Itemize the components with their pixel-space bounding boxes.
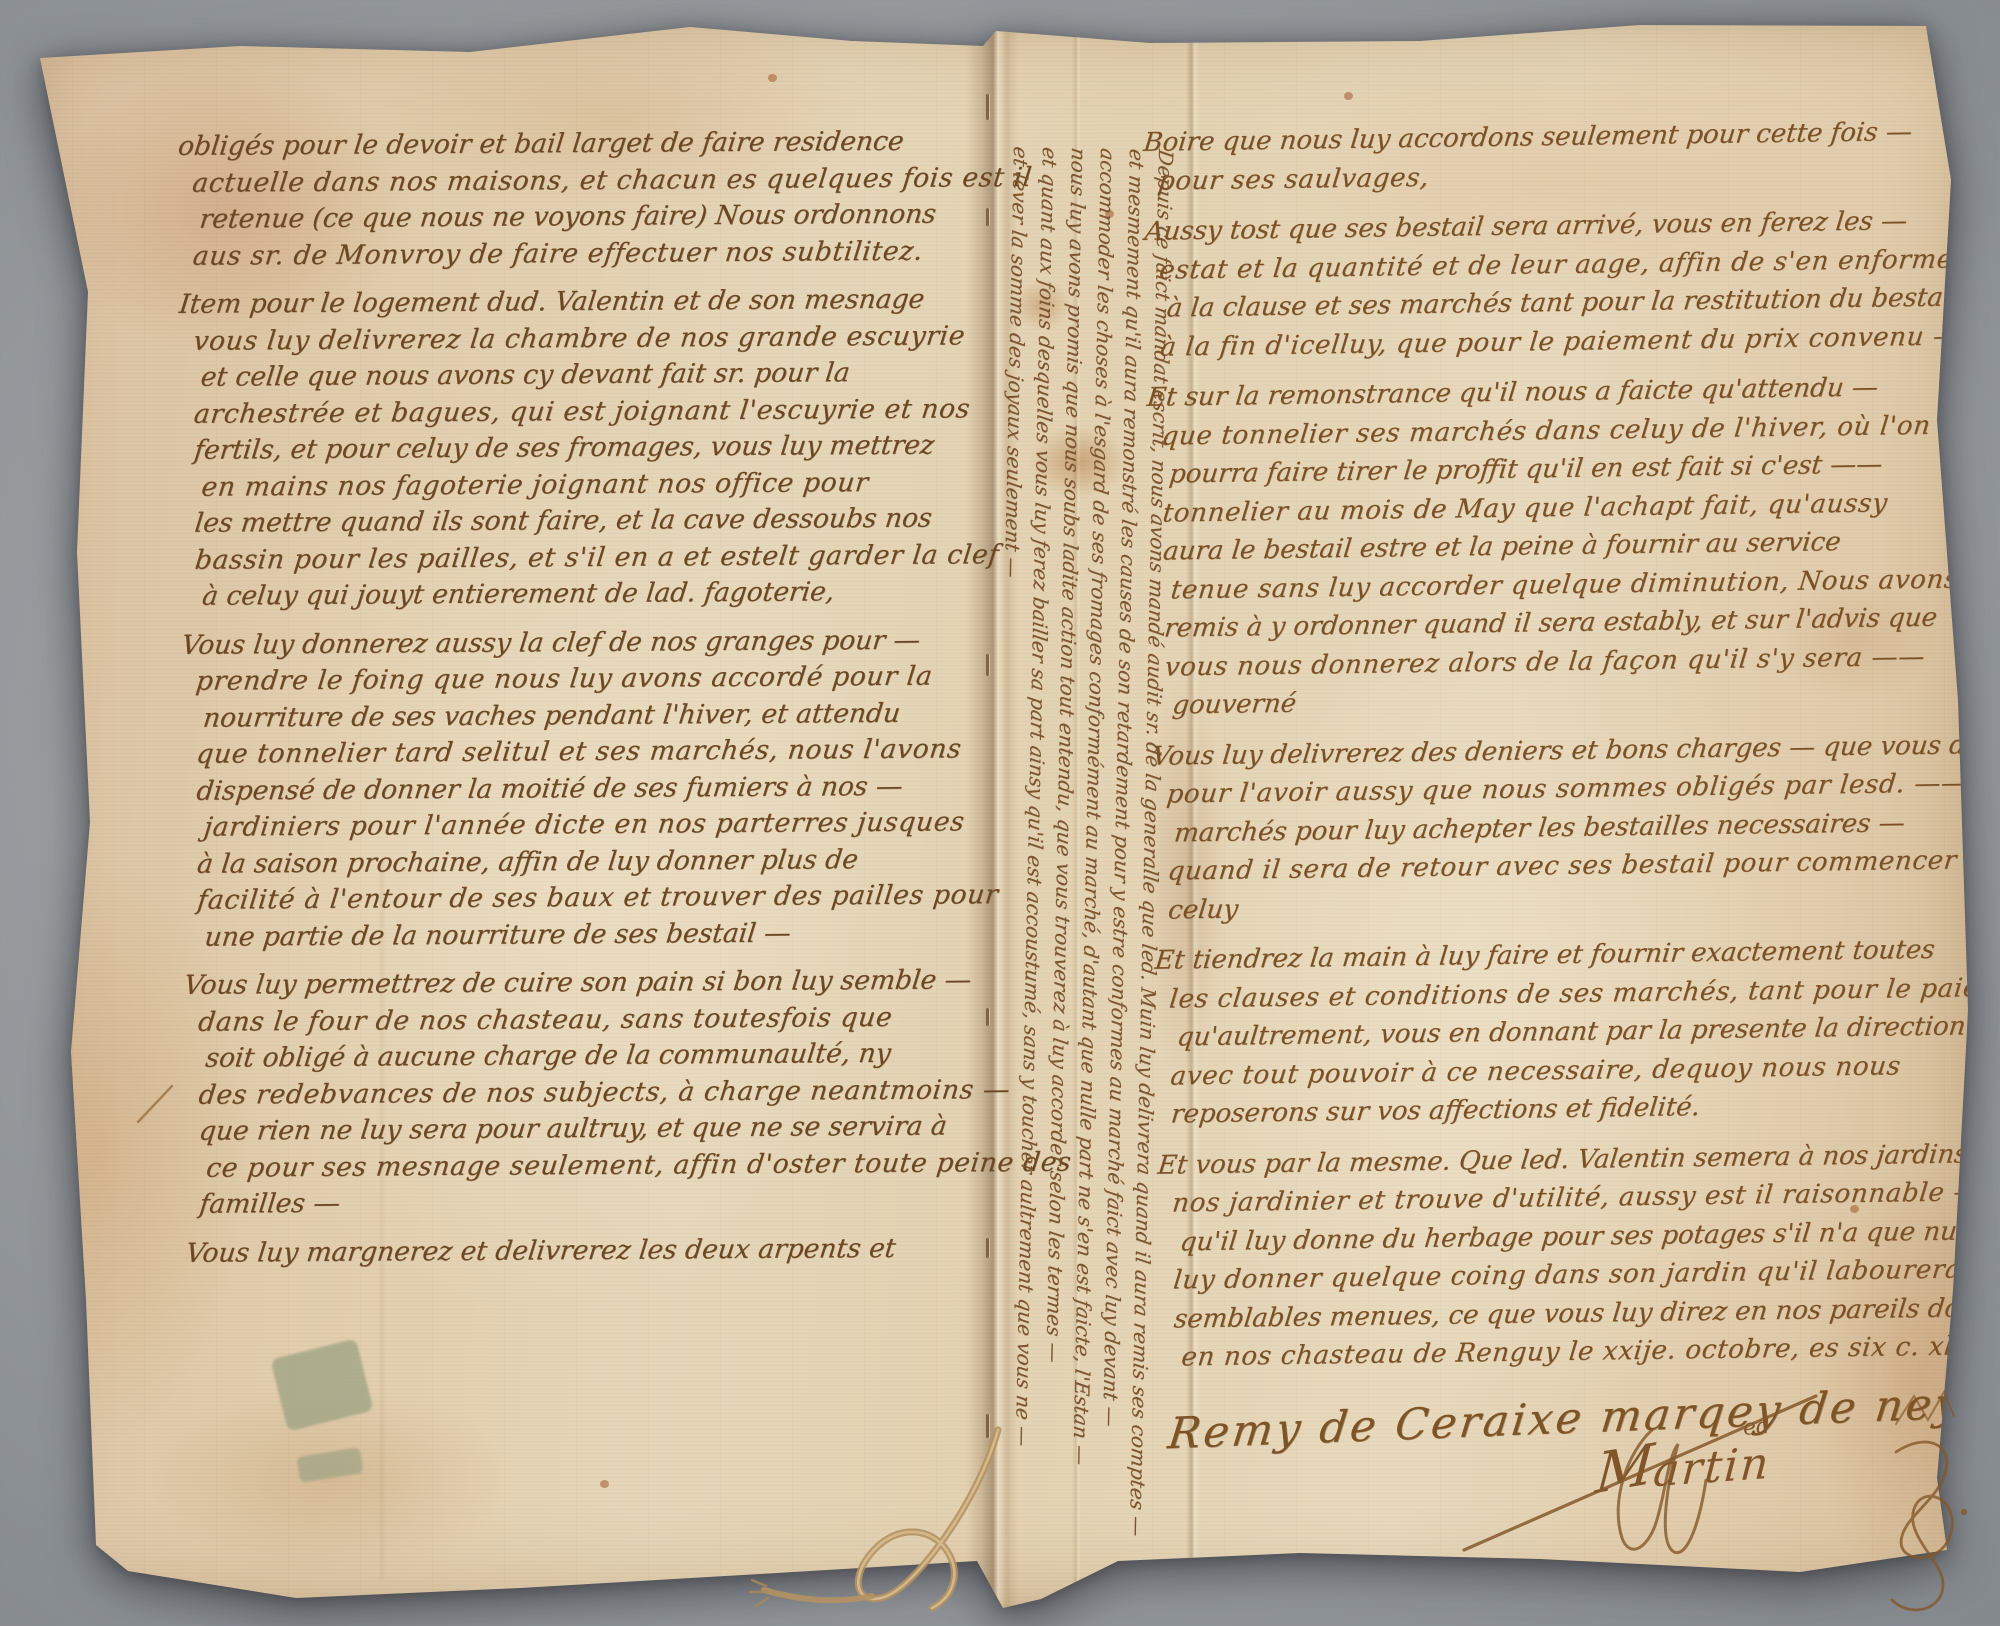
paragraph: obligés pour le devoir et bail larget de… [192,123,993,275]
manuscript-line: aus sr. de Monvroy de faire effectuer no… [191,233,995,275]
manuscript-line: que rien ne luy sera pour aultruy, et qu… [197,1108,1001,1150]
signature-superscript: ed [1742,1416,1771,1440]
manuscript-line: des redebvances de nos subjects, à charg… [197,1072,1001,1114]
paragraph: Item pour le logement dud. Valentin et d… [193,281,995,615]
gutter-annotation-lines: Depuis ce faict mandat escrit, nous avon… [974,146,1180,1589]
manuscript-line: familles — [197,1181,1001,1223]
manuscript-line: jardiniers pour l'année dicte en nos par… [202,804,999,846]
manuscript-line: prendre le foing que nous luy avons acco… [194,658,998,700]
manuscript-line: nourriture de ses vaches pendant l'hiver… [201,695,998,737]
paragraph: Et sur la remonstrance qu'il nous a faic… [1161,367,1966,725]
paragraph: Boire que nous luy accordons seulement p… [1157,112,1958,200]
manuscript-line: à la saison prochaine, affin de luy donn… [195,841,999,883]
manuscript-line: archestrée et bagues, qui est joignant l… [192,391,996,433]
manuscript-line: retenue (ce que nous ne voyons faire) No… [198,196,995,238]
manuscript-line: en mains nos fagoterie joignant nos offi… [199,464,996,506]
manuscript-line: Vous luy donnerez aussy la clef de nos g… [180,622,998,664]
manuscript-line: fertils, et pour celuy de ses fromages, … [192,427,996,469]
photograph-background: obligés pour le devoir et bail larget de… [0,0,2000,1626]
signature-martin: Martin ed [1594,1432,1772,1500]
manuscript-line: que tonnelier tard selitul et ses marché… [194,731,998,773]
manuscript-line: soit obligé à aucune charge de la commun… [203,1035,1000,1077]
ink-fleck [48,1187,80,1213]
manuscript-line: facilité à l'entour de ses baux et trouv… [195,877,999,919]
signature-initial: M [1594,1437,1656,1503]
stitch-thread [986,94,989,120]
manuscript-line: dispensé de donner la moitié de ses fumi… [195,768,999,810]
rust-spot [1344,92,1353,100]
manuscript-line: une partie de la nourriture de ses besta… [203,914,1000,956]
manuscript-line: vous luy delivrerez la chambre de nos gr… [191,318,995,360]
manuscript-line: bassin pour les pailles, et s'il en a et… [193,537,997,579]
left-page-text: obligés pour le devoir et bail larget de… [192,123,1000,1272]
right-page-text: Boire que nous luy accordons seulement p… [1157,112,1974,1377]
manuscript-line: ce pour ses mesnage seulement, affin d'o… [204,1145,1001,1187]
gutter-annotation: Depuis ce faict mandat escrit, nous avon… [1004,150,1180,1610]
manuscript-line: Item pour le logement dud. Valentin et d… [177,281,995,323]
manuscript-line: les mettre quand ils sont faire, et la c… [193,500,997,542]
manuscript-sheet-wrap: obligés pour le devoir et bail larget de… [0,0,2000,1626]
rust-spot [768,74,777,82]
manuscript-line: actuelle dans nos maisons, et chacun es … [190,160,994,202]
rust-spot [600,1480,609,1488]
manuscript-paper: obligés pour le devoir et bail larget de… [0,0,2000,1626]
paragraph: Aussy tost que ses bestail sera arrivé, … [1159,201,1961,366]
paragraph: Vous luy margnerez et delivrerez les deu… [200,1230,1000,1272]
manuscript-line: obligés pour le devoir et bail larget de… [176,123,994,165]
paragraph: Vous luy permettrez de cuire son pain si… [198,962,1000,1223]
paragraph: Et vous par la mesme. Que led. Valentin … [1172,1135,1975,1377]
manuscript-line: et celle que nous avons cy devant fait s… [199,354,996,396]
paragraph: Vous luy delivrerez des deniers et bons … [1166,726,1969,930]
manuscript-line: à celuy qui jouyt entierement de lad. fa… [200,573,997,615]
manuscript-line: Vous luy permettrez de cuire son pain si… [182,962,1000,1004]
paragraph: Vous luy donnerez aussy la clef de nos g… [196,622,998,956]
manuscript-line: Vous luy margnerez et delivrerez les deu… [184,1230,1002,1272]
signature-name: artin [1652,1442,1772,1495]
paragraph: Et tiendrez la main à luy faire et fourn… [1169,930,1972,1134]
manuscript-line: dans le four de nos chasteau, sans toute… [196,999,1000,1041]
